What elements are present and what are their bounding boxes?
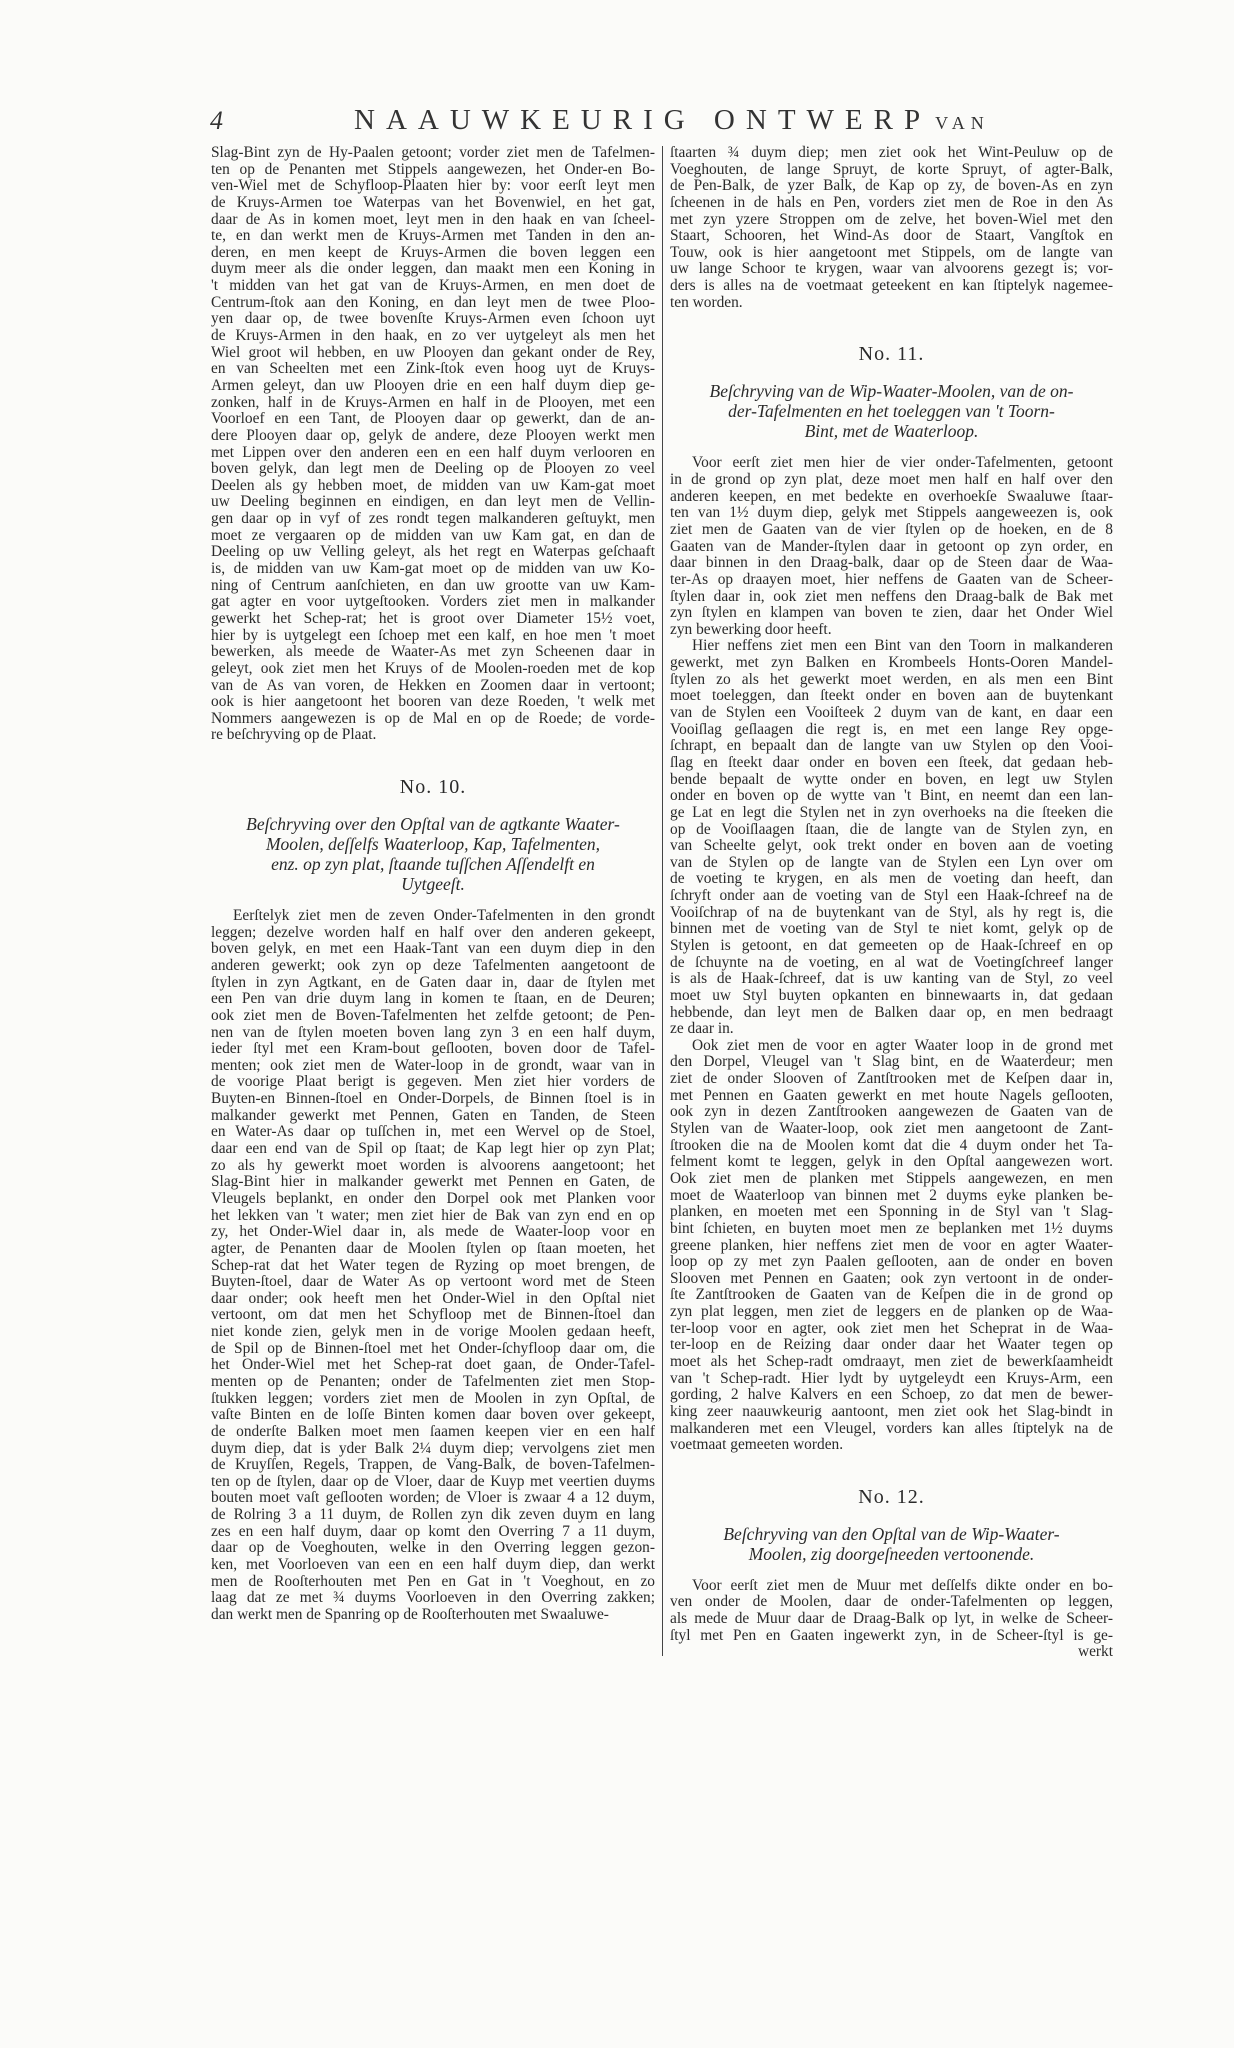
text-line: anderen gewerkt; ook zyn op deze Tafelme… — [211, 958, 655, 975]
section-12-title: Beſchryving van den Opſtal van de Wip-Wa… — [670, 1524, 1113, 1564]
text-line: met Lippen over den anderen een en een h… — [211, 445, 655, 462]
section-10-title: Beſchryving over den Opſtal van de agtka… — [211, 814, 655, 894]
text-line: ſcheenen in de hals en Pen, vorders ziet… — [670, 195, 1113, 212]
text-line: bende bepaalt de wytte onder en boven, e… — [670, 772, 1113, 789]
text-line: Slag-Bint hier in malkander gewerkt met … — [211, 1174, 655, 1191]
section-10-body: Eerſtelyk ziet men de zeven Onder-Tafelm… — [211, 908, 655, 1624]
text-line: Staart, Schooren, het Wind-As door de St… — [670, 228, 1113, 245]
text-line: ter-loop en de Reizing daar onder daar h… — [670, 1337, 1113, 1354]
text-line: gat agter en voor uytgeſtooken. Vorders … — [211, 594, 655, 611]
text-line: en Water-As daar op tuſſchen in, met een… — [211, 1124, 655, 1141]
text-line: Hier neffens ziet men een Bint van den T… — [670, 638, 1113, 655]
text-line: de voorige Plaat berigt is gegeven. Men … — [211, 1074, 655, 1091]
text-line: ze daar in. — [670, 1021, 1113, 1038]
text-line: malkanderen met een Vleugel, vorders kan… — [670, 1421, 1113, 1438]
text-line: van Scheelte gelyt, ook trekt onder en b… — [670, 838, 1113, 855]
text-line: zyn plat leggen, men ziet de leggers en … — [670, 1304, 1113, 1321]
text-line: de ſchuynte na de voeting, en al wat de … — [670, 955, 1113, 972]
title-line: Bint, met de Waaterloop. — [670, 421, 1113, 441]
text-line: duym meer als die onder leggen, dan maak… — [211, 261, 655, 278]
text-line: agter, de Penanten daar de Moolen ſtylen… — [211, 1241, 655, 1258]
text-line: anderen keepen, en met bedekte en overho… — [670, 489, 1113, 506]
text-line: laag dat ze met ¾ duyms Voorloeven in de… — [211, 1590, 655, 1607]
text-line: dan werkt men de Spanring op de Rooſterh… — [211, 1607, 655, 1624]
section-11-paragraph-2: Hier neffens ziet men een Bint van den T… — [670, 638, 1113, 1037]
text-line: de onderſte Balken moet men ſaamen keepe… — [211, 1424, 655, 1441]
text-line: greene planken, hier neffens ziet men de… — [670, 1238, 1113, 1255]
running-head-small: VAN — [935, 113, 990, 133]
text-line: zyn ſtylen en klampen van boven te zien,… — [670, 605, 1113, 622]
text-line: bouten moet vaſt geſlooten worden; de Vl… — [211, 1490, 655, 1507]
text-line: ſtylen daar in, ook ziet men neffens den… — [670, 589, 1113, 606]
text-line: hebbende, dan leyt men de Balken daar op… — [670, 1005, 1113, 1022]
text-line: loop op zy met zyn Paalen geſlooten, aan… — [670, 1254, 1113, 1271]
text-line: en van Scheelten met een Zink-ſtok even … — [211, 361, 655, 378]
text-line: de Kruys-Armen in den haak, en zo ver uy… — [211, 328, 655, 345]
text-line: Nommers aangewezen is op de Mal en op de… — [211, 711, 655, 728]
text-line: Slag-Bint zyn de Hy-Paalen getoont; vord… — [211, 145, 655, 162]
text-line: menten; ook ziet men de Water-loop in de… — [211, 1058, 655, 1075]
text-line: ſchrapt, en bepaalt dan de langte van uw… — [670, 738, 1113, 755]
section-11-paragraph-1: Voor eerſt ziet men hier de vier onder-T… — [670, 455, 1113, 638]
text-line: onder en boven op de wytte van 't Bint, … — [670, 788, 1113, 805]
text-line: gording, 2 halve Kalvers en een Schoep, … — [670, 1387, 1113, 1404]
text-line: de Spil op de Binnen-ſtoel met het Onder… — [211, 1341, 655, 1358]
text-line: Vleugels beplankt, en onder den Dorpel o… — [211, 1191, 655, 1208]
text-line: voetmaat gemeeten worden. — [670, 1437, 1113, 1454]
text-line: Vooiſlag geſlaagen die regt is, en met e… — [670, 722, 1113, 739]
text-line: ſchryft onder aan de voeting van de Styl… — [670, 888, 1113, 905]
text-line: Schep-rat dat het Water tegen de Ryzing … — [211, 1258, 655, 1275]
text-line: Touw, ook is hier aangetoont met Stippel… — [670, 245, 1113, 262]
text-line: de voeting te krygen, en als men de voet… — [670, 871, 1113, 888]
text-line: ſlag en ſteekt daar onder en boven een ſ… — [670, 755, 1113, 772]
text-line: gen daar op in vyf of zes rondt tegen ma… — [211, 511, 655, 528]
text-line: is, de midden van uw Kam-gat moet op de … — [211, 561, 655, 578]
title-line: Moolen, deſſelfs Waaterloop, Kap, Tafelm… — [211, 834, 655, 854]
right-intro-paragraph: ſtaarten ¾ duym diep; men ziet ook het W… — [670, 145, 1113, 311]
text-line: boven gelyk, en met een Haak-Tant van ee… — [211, 941, 655, 958]
text-line: Slooven met Pennen en Gaaten; ook zyn ve… — [670, 1271, 1113, 1288]
text-line: Deeling op uw Velling geleyt, als het re… — [211, 544, 655, 561]
text-line: 't midden van het gat van de Kruys-Armen… — [211, 278, 655, 295]
text-line: Ook ziet men de planken met Stippels aan… — [670, 1171, 1113, 1188]
title-line: enz. op zyn plat, ſtaande tuſſchen Aſſen… — [211, 854, 655, 874]
text-line: met zyn yzere Stroppen om de zelve, het … — [670, 212, 1113, 229]
text-line: duym diep, dat is yder Balk 2¼ duym diep… — [211, 1441, 655, 1458]
text-line: de Pen-Balk, de yzer Balk, de Kap op zy,… — [670, 178, 1113, 195]
text-line: van de Stylen een Vooiſteek 2 duym van d… — [670, 705, 1113, 722]
text-line: daar een end van de Spil op ſtaat; de Ka… — [211, 1141, 655, 1158]
text-line: Eerſtelyk ziet men de zeven Onder-Tafelm… — [211, 908, 655, 925]
text-line: vertoont, om dat men het Schyfloop met d… — [211, 1307, 655, 1324]
section-11-paragraph-3: Ook ziet men de voor en agter Waater loo… — [670, 1038, 1113, 1454]
title-line: Uytgeeſt. — [211, 874, 655, 894]
section-12-body: Voor eerſt ziet men de Muur met deſſelfs… — [670, 1578, 1113, 1645]
text-line: Voorloef en een Tant, de Plooyen daar op… — [211, 411, 655, 428]
text-line: dere Plooyen daar op, gelyk de andere, d… — [211, 428, 655, 445]
running-head: NAAUWKEURIG ONTWERPVAN — [354, 104, 974, 137]
text-line: king zeer naauwkeurig aantoont, men ziet… — [670, 1404, 1113, 1421]
text-line: boven gelyk, dan legt men de Deeling op … — [211, 461, 655, 478]
text-line: zonken, half in de Kruys-Armen en half i… — [211, 395, 655, 412]
left-intro-paragraph: Slag-Bint zyn de Hy-Paalen getoont; vord… — [211, 145, 655, 744]
text-line: Centrum-ſtok aan den Koning, en dan leyt… — [211, 295, 655, 312]
text-line: ook ziet men de Boven-Tafelmenten het ze… — [211, 1008, 655, 1025]
text-line: het lekken van 't water; men ziet hier d… — [211, 1208, 655, 1225]
text-line: de Kruys-Armen toe Waterpas van het Bove… — [211, 195, 655, 212]
text-line: ſte Zantſtrooken de Gaaten van de Keſpen… — [670, 1287, 1113, 1304]
text-line: malkander gewerkt met Pennen, Gaten en T… — [211, 1108, 655, 1125]
text-line: is als de Haak-ſchreef, dat is uw kantin… — [670, 971, 1113, 988]
text-line: binnen met de voeting van de Styl te nie… — [670, 921, 1113, 938]
text-line: ten van 1½ duym diep, gelyk met Stippels… — [670, 505, 1113, 522]
text-line: ook is hier aangetoont het booren van de… — [211, 694, 655, 711]
catchword: werkt — [670, 1644, 1113, 1661]
text-line: Deelen als gy hebben moet, de midden van… — [211, 478, 655, 495]
text-line: hier by is uytgelegt een ſchoep met een … — [211, 628, 655, 645]
text-line: daar binnen in den Draag-balk, daar op d… — [670, 555, 1113, 572]
text-line: ſtylen zo als het gewerkt moet werden, e… — [670, 672, 1113, 689]
text-line: ken, met Voorloeven van een en een half … — [211, 1557, 655, 1574]
text-line: ook zyn in dezen Zantſtrooken aangewezen… — [670, 1104, 1113, 1121]
section-11-number: No. 11. — [670, 341, 1113, 367]
text-line: ten worden. — [670, 295, 1113, 312]
text-line: bint ſchieten, en buyten moet men ze bep… — [670, 1221, 1113, 1238]
text-line: daar op de Voeghouten, welke in den Over… — [211, 1540, 655, 1557]
text-line: daar de As in komen moet, leyt men in de… — [211, 212, 655, 229]
text-line: daar onder; ook heeft men het Onder-Wiel… — [211, 1291, 655, 1308]
text-line: men de Rooſterhouten met Pen en Gat in '… — [211, 1574, 655, 1591]
text-line: Vooiſchrap of na de buytenkant van de St… — [670, 905, 1113, 922]
text-line: bewerken, als meede de Waater-As met zyn… — [211, 644, 655, 661]
text-line: de Rolring 3 a 11 duym, de Rollen zyn di… — [211, 1507, 655, 1524]
text-line: geleyt, ook ziet men het Kruys of de Moo… — [211, 661, 655, 678]
text-line: zy, het Onder-Wiel daar in, als mede de … — [211, 1224, 655, 1241]
column-divider — [662, 146, 663, 1656]
text-line: gewerkt, met zyn Balken en Krombeels Hon… — [670, 655, 1113, 672]
text-line: ter-loop voor en agter, ook ziet men het… — [670, 1321, 1113, 1338]
text-line: yen daar op, de twee bovenſte Kruys-Arme… — [211, 311, 655, 328]
text-line: ter-As op draayen moet, hier neffens de … — [670, 572, 1113, 589]
text-line: uw lange Schoor te krygen, waar van alvo… — [670, 261, 1113, 278]
text-line: felment komt te leggen, gelyk in den Opſ… — [670, 1154, 1113, 1171]
text-line: Stylen is getoont, en dat gemeeten op de… — [670, 938, 1113, 955]
running-head-main: NAAUWKEURIG ONTWERP — [354, 104, 931, 136]
section-12-number: No. 12. — [670, 1484, 1113, 1510]
text-line: niet konde zien, gelyk men in de vorige … — [211, 1324, 655, 1341]
page-number: 4 — [210, 106, 223, 136]
text-line: moet uw Styl buyten opkanten en binnewaa… — [670, 988, 1113, 1005]
title-line: Beſchryving van den Opſtal van de Wip-Wa… — [670, 1524, 1113, 1544]
text-line: Stylen van de Waater-loop, ook ziet men … — [670, 1121, 1113, 1138]
text-line: van de As van voren, de Hekken en Zoomen… — [211, 678, 655, 695]
text-line: den Dorpel, Vleugel van 't Slag bint, en… — [670, 1054, 1113, 1071]
text-line: een Pen van drie duym lang in komen te ſ… — [211, 991, 655, 1008]
text-line: op de Vooiſlaagen ſtaan, die de langte v… — [670, 822, 1113, 839]
text-line: moet ze vergaaren op de midden van uw Ka… — [211, 528, 655, 545]
text-line: moet als het Schep-radt omdraayt, men zi… — [670, 1354, 1113, 1371]
text-line: Gaaten van de Mander-ſtylen daar in geto… — [670, 539, 1113, 556]
text-line: moet de Waaterloop van binnen met 2 duym… — [670, 1188, 1113, 1205]
text-line: ven onder de Moolen, daar de onder-Tafel… — [670, 1594, 1113, 1611]
text-line: ten op de ſtylen, daar op de Vloer, daar… — [211, 1474, 655, 1491]
text-line: zes en een half duym, daar op komt den O… — [211, 1524, 655, 1541]
text-line: ſtrooken die na de Moolen komt dat die 4… — [670, 1138, 1113, 1155]
text-line: Buyten-ſtoel, daar de Water As op vertoo… — [211, 1274, 655, 1291]
title-line: Beſchryving over den Opſtal van de agtka… — [211, 814, 655, 834]
right-column: ſtaarten ¾ duym diep; men ziet ook het W… — [670, 145, 1113, 1661]
text-line: ten op de Penanten met Stippels aangewez… — [211, 162, 655, 179]
text-line: ſtukken leggen; vorders ziet men de Mool… — [211, 1391, 655, 1408]
text-line: nen van de ſtylen moeten boven lang zyn … — [211, 1025, 655, 1042]
text-line: ſtaarten ¾ duym diep; men ziet ook het W… — [670, 145, 1113, 162]
text-line: ieder ſtyl met een Kram-bout geſlooten, … — [211, 1041, 655, 1058]
text-line: Voor eerſt ziet men hier de vier onder-T… — [670, 455, 1113, 472]
text-line: het Onder-Wiel met het Schep-rat doet ga… — [211, 1357, 655, 1374]
section-11-title: Beſchryving van de Wip-Waater-Moolen, va… — [670, 381, 1113, 441]
text-line: Wiel groot wil hebben, en uw Plooyen dan… — [211, 345, 655, 362]
text-line: te, en dan werkt men de Kruys-Armen met … — [211, 228, 655, 245]
text-line: zo als hy gewerkt moet worden is alvoore… — [211, 1158, 655, 1175]
text-line: in de grond op zyn plat, deze moet men h… — [670, 472, 1113, 489]
text-line: Voeghouten, de lange Spruyt, de korte Sp… — [670, 162, 1113, 179]
text-line: planken, en moeten met een Sponning in d… — [670, 1204, 1113, 1221]
text-line: als mede de Muur daar de Draag-Balk op l… — [670, 1611, 1113, 1628]
title-line: der-Tafelmenten en het toeleggen van 't … — [670, 401, 1113, 421]
text-line: vaſte Binten en de loſſe Binten komen da… — [211, 1407, 655, 1424]
text-line: menten op de Penanten; onder de Tafelmen… — [211, 1374, 655, 1391]
text-line: deren, en men keept de Kruys-Armen die b… — [211, 245, 655, 262]
text-line: Armen geleyt, dan uw Plooyen drie en een… — [211, 378, 655, 395]
text-line: ſtylen in zyn Agtkant, en de Gaten daar … — [211, 975, 655, 992]
text-line: van 't Schep-radt. Hier lydt by uytgeley… — [670, 1371, 1113, 1388]
text-line: ning of Centrum aanſchieten, en dan uw g… — [211, 578, 655, 595]
text-line: Ook ziet men de voor en agter Waater loo… — [670, 1038, 1113, 1055]
text-line: ders is alles na de voetmaat geteekent e… — [670, 278, 1113, 295]
text-line: ge Lat en legt die Stylen net in zyn ove… — [670, 805, 1113, 822]
text-line: ven-Wiel met de Schyfloop-Plaaten hier b… — [211, 178, 655, 195]
text-line: ziet men de Gaaten van de vier ſtylen op… — [670, 522, 1113, 539]
text-line: uw Deeling beginnen en eindigen, en dan … — [211, 494, 655, 511]
text-line: Buyten-en Binnen-ſtoel en Onder-Dorpels,… — [211, 1091, 655, 1108]
left-column: Slag-Bint zyn de Hy-Paalen getoont; vord… — [211, 145, 655, 1624]
title-line: Beſchryving van de Wip-Waater-Moolen, va… — [670, 381, 1113, 401]
text-line: van de Stylen op de langte van de Stylen… — [670, 855, 1113, 872]
title-line: Moolen, zig doorgeſneeden vertoonende. — [670, 1544, 1113, 1564]
text-line: leggen; dezelve worden half en half over… — [211, 925, 655, 942]
text-line: met Pennen en Gaaten gewerkt en met hout… — [670, 1088, 1113, 1105]
text-line: zyn bewerking door heeft. — [670, 622, 1113, 639]
text-line: gewerkt het Schep-rat; het is groot over… — [211, 611, 655, 628]
text-line: re beſchryving op de Plaat. — [211, 727, 655, 744]
section-10-number: No. 10. — [211, 774, 655, 800]
text-line: moet toeleggen, dan ſteekt onder en bove… — [670, 688, 1113, 705]
text-line: de Kruyſſen, Regels, Trappen, de Vang-Ba… — [211, 1457, 655, 1474]
text-line: ziet de onder Slooven of Zantſtrooken me… — [670, 1071, 1113, 1088]
text-line: ſtyl met Pen en Gaaten ingewerkt zyn, in… — [670, 1628, 1113, 1645]
text-line: Voor eerſt ziet men de Muur met deſſelfs… — [670, 1578, 1113, 1595]
